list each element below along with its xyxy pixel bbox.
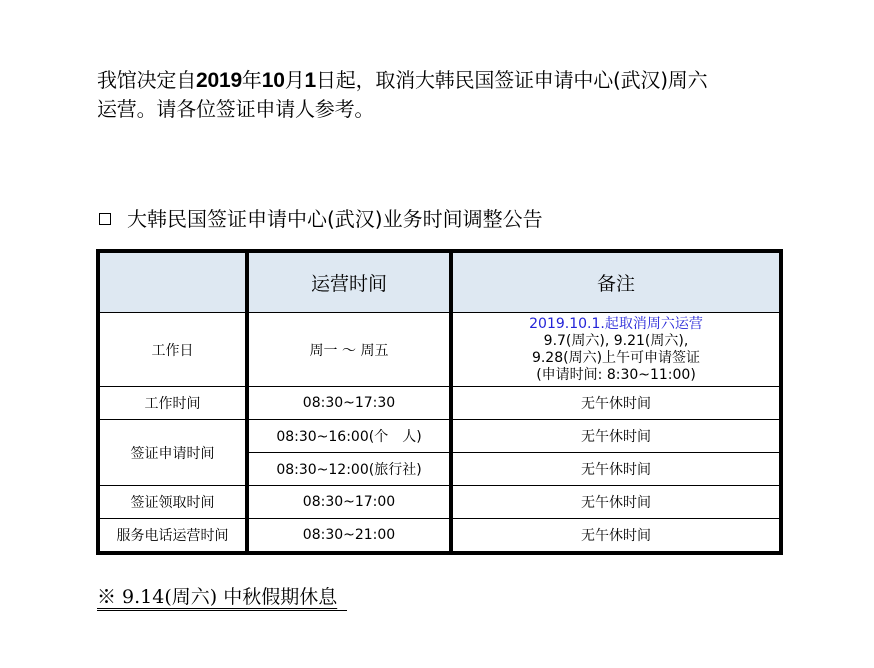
intro-month-suffix: 月 [285, 68, 305, 92]
header-hours: 运营时间 [247, 251, 451, 313]
table-row: 签证申请时间 08:30~16:00(个 人) 无午休时间 [98, 420, 781, 453]
intro-year: 2019 [196, 69, 242, 92]
cell-hours: 08:30~16:00(个 人) [247, 420, 451, 453]
intro-day: 1 [305, 69, 316, 92]
intro-prefix: 我馆决定自 [97, 68, 196, 92]
schedule-table: 运营时间 备注 工作日 周一 ～ 周五 2019.10.1.起取消周六运营 9.… [96, 249, 783, 555]
header-category [98, 251, 247, 313]
section-heading: 大韩民国签证申请中心(武汉)业务时间调整公告 [97, 205, 543, 233]
cell-notes: 2019.10.1.起取消周六运营 9.7(周六), 9.21(周六), 9.2… [451, 313, 781, 387]
intro-paragraph: 我馆决定自2019年10月1日起，取消大韩民国签证申请中心(武汉)周六 运营。请… [97, 66, 777, 123]
cell-category: 工作时间 [98, 387, 247, 420]
table-row: 服务电话运营时间 08:30~21:00 无午休时间 [98, 519, 781, 554]
cell-notes: 无午休时间 [451, 486, 781, 519]
intro-year-suffix: 年 [242, 68, 262, 92]
cell-hours: 08:30~12:00(旅行社) [247, 453, 451, 486]
table-row: 工作日 周一 ～ 周五 2019.10.1.起取消周六运营 9.7(周六), 9… [98, 313, 781, 387]
footnote: ※ 9.14(周六) 中秋假期休息 [97, 584, 347, 611]
notes-line: 9.28(周六)上午可申请签证 [453, 350, 779, 367]
cell-notes: 无午休时间 [451, 453, 781, 486]
intro-line2: 运营。请各位签证申请人参考。 [97, 97, 374, 121]
intro-month: 10 [262, 69, 285, 92]
notes-line: (申请时间: 8:30~11:00) [453, 367, 779, 384]
header-notes: 备注 [451, 251, 781, 313]
cell-notes: 无午休时间 [451, 387, 781, 420]
notes-line: 9.7(周六), 9.21(周六), [453, 333, 779, 350]
cell-category: 工作日 [98, 313, 247, 387]
table-row: 签证领取时间 08:30~17:00 无午休时间 [98, 486, 781, 519]
cell-hours: 08:30~17:30 [247, 387, 451, 420]
notes-line-highlight: 2019.10.1.起取消周六运营 [453, 316, 779, 333]
cell-category: 签证领取时间 [98, 486, 247, 519]
cell-category: 服务电话运营时间 [98, 519, 247, 554]
cell-hours: 周一 ～ 周五 [247, 313, 451, 387]
section-title-text: 大韩民国签证申请中心(武汉)业务时间调整公告 [127, 205, 543, 233]
cell-hours: 08:30~17:00 [247, 486, 451, 519]
square-bullet-icon [99, 213, 111, 225]
cell-notes: 无午休时间 [451, 420, 781, 453]
table-row: 工作时间 08:30~17:30 无午休时间 [98, 387, 781, 420]
cell-notes: 无午休时间 [451, 519, 781, 554]
intro-rest-line1: 日起，取消大韩民国签证申请中心(武汉)周六 [316, 68, 707, 92]
cell-category: 签证申请时间 [98, 420, 247, 486]
cell-hours: 08:30~21:00 [247, 519, 451, 554]
table-header-row: 运营时间 备注 [98, 251, 781, 313]
